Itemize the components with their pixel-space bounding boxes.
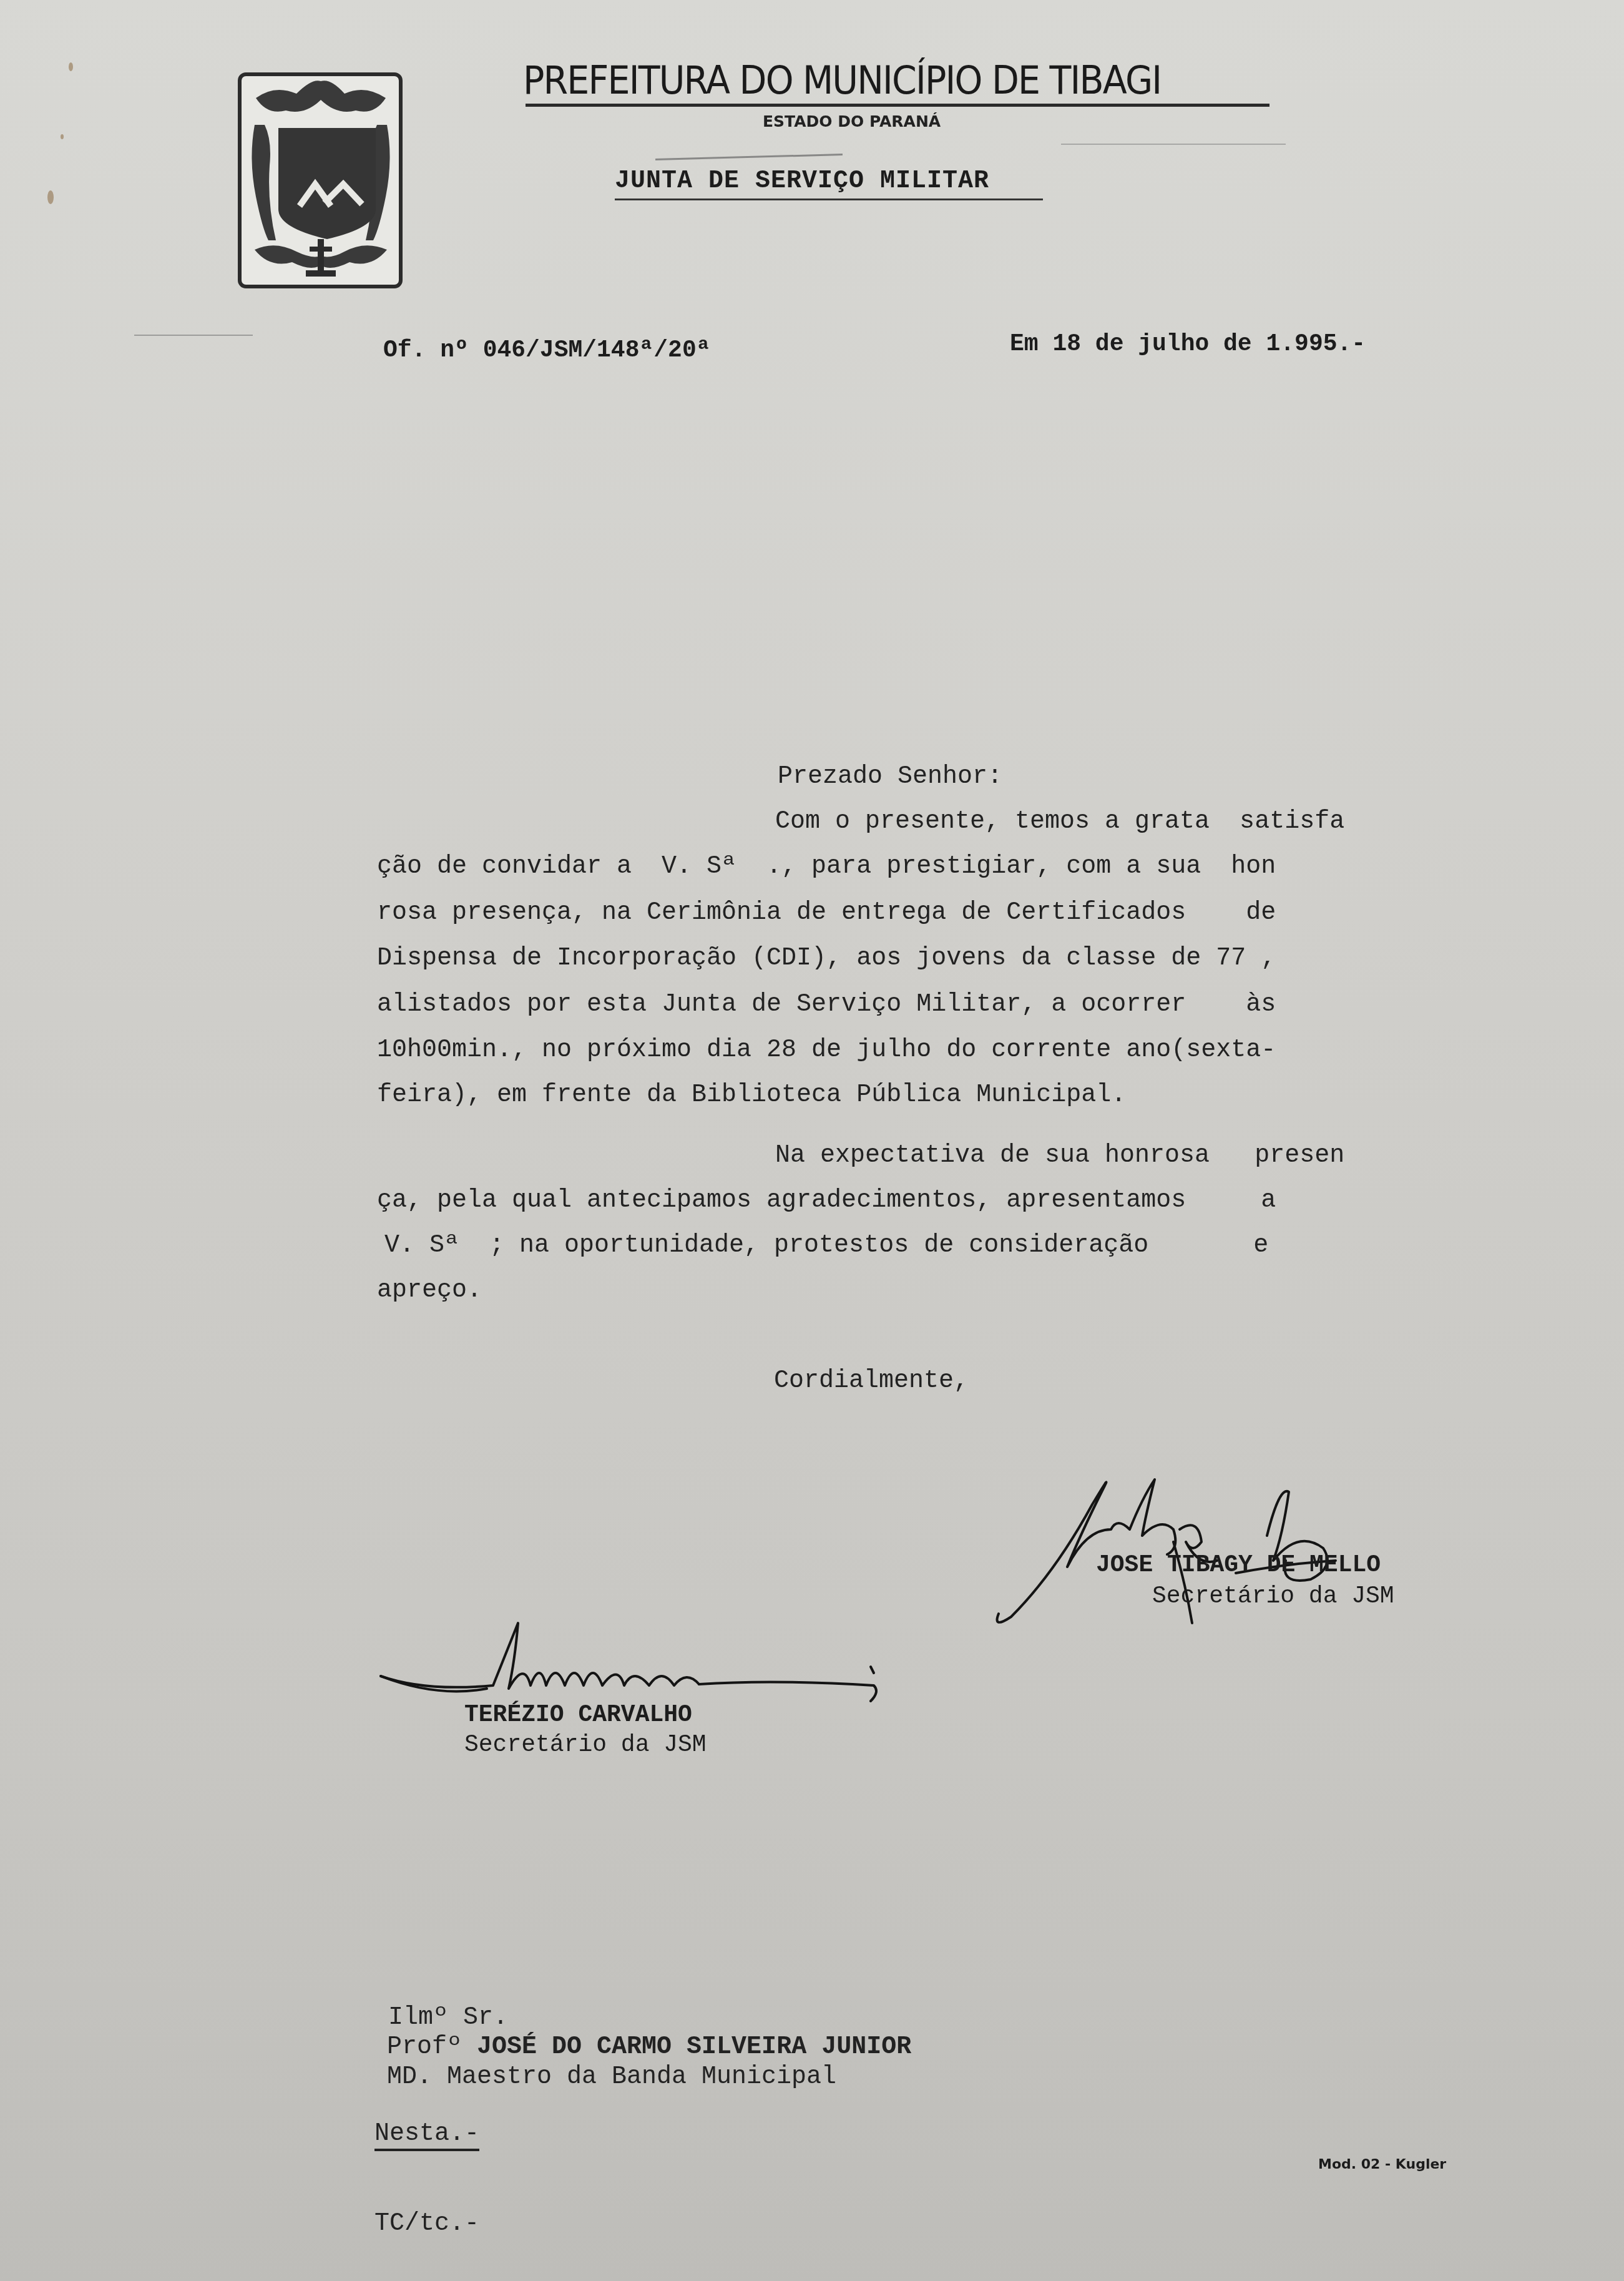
decorative-rule	[1061, 144, 1286, 145]
recipient-prefix: Profº	[387, 2033, 462, 2061]
body-line: V. Sª ; na oportunidade, protestos de co…	[384, 1232, 1268, 1260]
body-line: Dispensa de Incorporação (CDI), aos jove…	[377, 944, 1276, 973]
letter-date: Em 18 de julho de 1.995.-	[1010, 331, 1366, 358]
body-line: Com o presente, temos a grata satisfa	[775, 808, 1344, 836]
margin-rule	[134, 335, 253, 336]
body-line: 10h00min., no próximo dia 28 de julho do…	[377, 1036, 1276, 1064]
location-underline	[374, 2149, 479, 2151]
recipient-location: Nesta.-	[374, 2120, 479, 2148]
municipal-coat-of-arms-icon	[237, 72, 404, 290]
title-underline	[526, 104, 1269, 107]
recipient-role: MD. Maestro da Banda Municipal	[387, 2063, 836, 2091]
secretary-signature	[374, 1617, 893, 1710]
body-line: ça, pela qual antecipamos agradecimentos…	[377, 1187, 1276, 1215]
secretary-title: Secretário da JSM	[464, 1732, 707, 1759]
form-mark: Mod. 02 - Kugler	[1318, 2157, 1446, 2172]
recipient-name: JOSÉ DO CARMO SILVEIRA JUNIOR	[477, 2033, 911, 2061]
reference-number: Of. nº 046/JSM/148ª/20ª	[383, 337, 711, 364]
body-line: alistados por esta Junta de Serviço Mili…	[377, 991, 1276, 1019]
body-line: feira), em frente da Biblioteca Pública …	[377, 1081, 1126, 1109]
department-underline	[615, 199, 1043, 200]
salutation: Prezado Senhor:	[778, 763, 1002, 791]
body-line: rosa presença, na Cerimônia de entrega d…	[377, 899, 1276, 927]
body-line: ção de convidar a V. Sª ., para prestigi…	[377, 853, 1276, 881]
body-line: apreço.	[377, 1277, 482, 1305]
letter-page	[0, 0, 1624, 2281]
body-line: Na expectativa de sua honrosa presen	[775, 1142, 1344, 1170]
paper-speck	[61, 134, 64, 139]
recipient-salutation: Ilmº Sr.	[388, 2004, 508, 2032]
state-subtitle: ESTADO DO PARANÁ	[763, 112, 941, 130]
recipient-line: Profº JOSÉ DO CARMO SILVEIRA JUNIOR	[387, 2033, 911, 2061]
paper-speck	[47, 190, 54, 204]
president-name: JOSE TIBAGY DE MELLO	[1096, 1552, 1381, 1579]
typist-initials: TC/tc.-	[374, 2210, 479, 2238]
department-heading: JUNTA DE SERVIÇO MILITAR	[615, 167, 989, 195]
president-title: Secretário da JSM	[1152, 1583, 1394, 1610]
paper-speck	[69, 62, 73, 71]
closing: Cordialmente,	[774, 1367, 969, 1395]
secretary-name: TERÉZIO CARVALHO	[464, 1702, 692, 1729]
municipality-title: PREFEITURA DO MUNICÍPIO DE TIBAGI	[523, 57, 1161, 103]
